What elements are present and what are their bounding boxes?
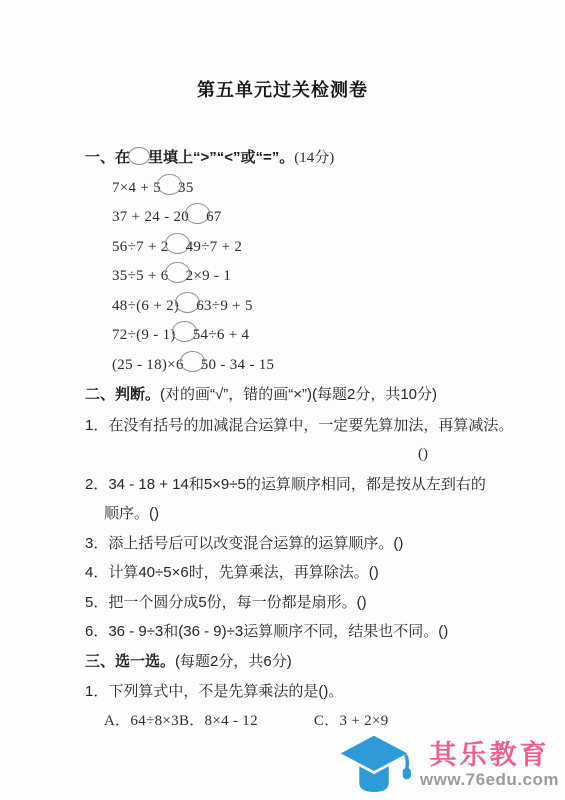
comparison-item-2: 37 + 24 - 2067 [85,203,525,233]
expression-right: 67 [206,209,222,225]
comparison-item-7: (25 - 18)×650 - 34 - 15 [85,351,525,381]
page-title: 第五单元过关检测卷 [0,0,565,102]
option-c: C．3 + 2×9 [314,713,389,729]
comparison-item-1: 7×4 + 535 [85,174,525,204]
comparison-item-3: 56÷7 + 249÷7 + 2 [85,233,525,263]
section1-heading-suffix: 里填上“>”“<”或“=”。 [148,149,294,166]
judge-item-3: 3．添上括号后可以改变混合运算的运算顺序。() [85,529,525,559]
graduation-cap-icon [335,732,413,798]
section2-heading-title: 二、判断。 [85,386,160,403]
expression-left: 35÷5 + 6 [112,268,169,284]
expression-left: 48÷(6 + 2) [112,298,179,314]
option-a: A．64÷8×3 [104,713,179,729]
comparison-item-6: 72÷(9 - 1)54÷6 + 4 [85,321,525,351]
expression-right: 2×9 - 1 [186,268,232,284]
expression-left: 7×4 + 5 [112,180,161,196]
section2-heading: 二、判断。(对的画“√”，错的画“×”)(每题2分，共10分) [85,380,525,411]
choice-question-1: 1．下列算式中，不是先算乘法的是()。 [85,677,525,707]
expression-right: 54÷6 + 4 [193,327,250,343]
expression-right: 50 - 34 - 15 [201,357,275,373]
section1-score: (14分) [294,150,334,166]
comparison-item-5: 48÷(6 + 2)63÷9 + 5 [85,292,525,322]
test-paper-page: 第五单元过关检测卷 一、在里填上“>”“<”或“=”。(14分) 7×4 + 5… [0,0,565,800]
expression-left: 72÷(9 - 1) [112,327,176,343]
section3-heading-title: 三、选一选。 [85,653,175,670]
option-b: B．8×4 - 12 [179,713,258,729]
judge-item-1-blank: () [85,440,525,470]
judge-item-5: 5．把一个圆分成5份，每一份都是扇形。() [85,588,525,618]
expression-right: 63÷9 + 5 [196,298,253,314]
paper-body: 一、在里填上“>”“<”或“=”。(14分) 7×4 + 535 37 + 24… [0,143,565,736]
watermark-text: 其乐教育 www.76edu.com [420,741,559,789]
section1-heading: 一、在里填上“>”“<”或“=”。(14分) [85,143,525,174]
judge-item-4: 4．计算40÷5×6时，先算乘法，再算除法。() [85,558,525,588]
judge-item-6: 6．36 - 9÷3和(36 - 9)÷3运算顺序不同，结果也不同。() [85,617,525,647]
expression-left: 37 + 24 - 20 [112,209,189,225]
section1-heading-prefix: 一、在 [85,149,130,166]
expression-left: 56÷7 + 2 [112,239,169,255]
brand-url: www.76edu.com [420,770,559,789]
expression-right: 49÷7 + 2 [186,239,243,255]
expression-left: (25 - 18)×6 [112,357,184,373]
section3-heading-note: (每题2分，共6分) [175,653,292,670]
comparison-item-4: 35÷5 + 62×9 - 1 [85,262,525,292]
judge-item-2-line1: 2．34 - 18 + 14和5×9÷5的运算顺序相同，都是按从左到右的 [85,470,525,500]
judge-item-2-line2: 顺序。() [85,499,525,529]
expression-right: 35 [178,180,194,196]
section3-heading: 三、选一选。(每题2分，共6分) [85,647,525,678]
section2-heading-note: (对的画“√”，错的画“×”)(每题2分，共10分) [160,386,437,403]
answer-circle-icon [128,147,150,165]
judge-item-1: 1．在没有括号的加减混合运算中，一定要先算加法，再算减法。 [85,411,525,441]
qile-education-watermark: 其乐教育 www.76edu.com [335,732,559,798]
brand-name: 其乐教育 [420,741,559,770]
